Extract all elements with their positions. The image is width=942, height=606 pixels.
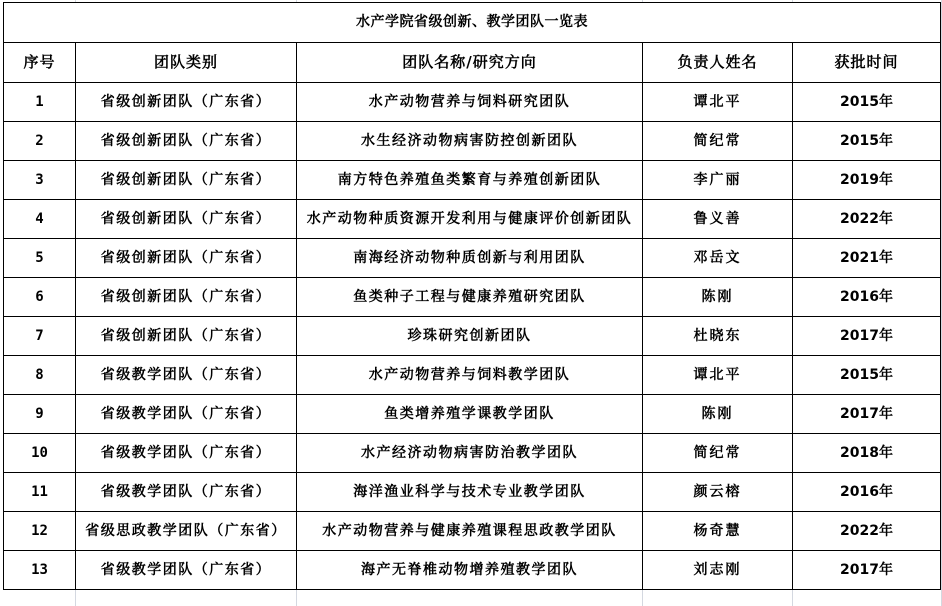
cell-approval-year[interactable]: 2015年	[793, 83, 941, 122]
cell-leader[interactable]: 颜云榕	[643, 473, 793, 512]
table-row: 2省级创新团队（广东省）水生经济动物病害防控创新团队简纪常2015年	[4, 122, 941, 161]
table-row: 8省级教学团队（广东省）水产动物营养与饲料教学团队谭北平2015年	[4, 356, 941, 395]
cell-approval-year[interactable]: 2017年	[793, 317, 941, 356]
cell-team-type[interactable]: 省级创新团队（广东省）	[76, 161, 297, 200]
cell-leader[interactable]: 陈刚	[643, 395, 793, 434]
cell-team-name[interactable]: 海洋渔业科学与技术专业教学团队	[297, 473, 643, 512]
cell-team-type[interactable]: 省级创新团队（广东省）	[76, 239, 297, 278]
cell-team-name[interactable]: 鱼类增养殖学课教学团队	[297, 395, 643, 434]
cell-approval-year[interactable]: 2018年	[793, 434, 941, 473]
header-leader[interactable]: 负责人姓名	[643, 43, 793, 83]
cell-approval-year[interactable]: 2021年	[793, 239, 941, 278]
table-row: 9省级教学团队（广东省）鱼类增养殖学课教学团队陈刚2017年	[4, 395, 941, 434]
cell-approval-year[interactable]: 2017年	[793, 551, 941, 590]
cell-approval-year[interactable]: 2019年	[793, 161, 941, 200]
cell-team-name[interactable]: 鱼类种子工程与健康养殖研究团队	[297, 278, 643, 317]
cell-team-type[interactable]: 省级教学团队（广东省）	[76, 473, 297, 512]
cell-index[interactable]: 2	[4, 122, 76, 161]
cell-leader[interactable]: 邓岳文	[643, 239, 793, 278]
cell-team-name[interactable]: 水产动物种质资源开发利用与健康评价创新团队	[297, 200, 643, 239]
cell-index[interactable]: 3	[4, 161, 76, 200]
cell-approval-year[interactable]: 2022年	[793, 200, 941, 239]
cell-team-type[interactable]: 省级教学团队（广东省）	[76, 434, 297, 473]
team-list-table: 水产学院省级创新、教学团队一览表 序号 团队类别 团队名称/研究方向 负责人姓名…	[3, 2, 941, 590]
table-title[interactable]: 水产学院省级创新、教学团队一览表	[4, 3, 941, 43]
cell-index[interactable]: 1	[4, 83, 76, 122]
header-name[interactable]: 团队名称/研究方向	[297, 43, 643, 83]
table-row: 10省级教学团队（广东省）水产经济动物病害防治教学团队简纪常2018年	[4, 434, 941, 473]
title-row: 水产学院省级创新、教学团队一览表	[4, 3, 941, 43]
table-row: 6省级创新团队（广东省）鱼类种子工程与健康养殖研究团队陈刚2016年	[4, 278, 941, 317]
cell-team-name[interactable]: 珍珠研究创新团队	[297, 317, 643, 356]
table-row: 1省级创新团队（广东省）水产动物营养与饲料研究团队谭北平2015年	[4, 83, 941, 122]
cell-approval-year[interactable]: 2016年	[793, 473, 941, 512]
cell-team-type[interactable]: 省级教学团队（广东省）	[76, 395, 297, 434]
header-type[interactable]: 团队类别	[76, 43, 297, 83]
cell-leader[interactable]: 鲁义善	[643, 200, 793, 239]
cell-approval-year[interactable]: 2015年	[793, 356, 941, 395]
cell-leader[interactable]: 谭北平	[643, 356, 793, 395]
cell-team-type[interactable]: 省级创新团队（广东省）	[76, 200, 297, 239]
cell-index[interactable]: 8	[4, 356, 76, 395]
cell-team-type[interactable]: 省级创新团队（广东省）	[76, 278, 297, 317]
cell-team-name[interactable]: 南方特色养殖鱼类繁育与养殖创新团队	[297, 161, 643, 200]
cell-leader[interactable]: 李广丽	[643, 161, 793, 200]
cell-index[interactable]: 13	[4, 551, 76, 590]
cell-index[interactable]: 10	[4, 434, 76, 473]
table-row: 3省级创新团队（广东省）南方特色养殖鱼类繁育与养殖创新团队李广丽2019年	[4, 161, 941, 200]
cell-team-name[interactable]: 海产无脊椎动物增养殖教学团队	[297, 551, 643, 590]
cell-team-name[interactable]: 水生经济动物病害防控创新团队	[297, 122, 643, 161]
cell-team-type[interactable]: 省级思政教学团队（广东省）	[76, 512, 297, 551]
cell-index[interactable]: 9	[4, 395, 76, 434]
table-row: 12省级思政教学团队（广东省）水产动物营养与健康养殖课程思政教学团队杨奇慧202…	[4, 512, 941, 551]
cell-approval-year[interactable]: 2022年	[793, 512, 941, 551]
cell-team-type[interactable]: 省级教学团队（广东省）	[76, 356, 297, 395]
header-index[interactable]: 序号	[4, 43, 76, 83]
cell-index[interactable]: 12	[4, 512, 76, 551]
table-row: 13省级教学团队（广东省）海产无脊椎动物增养殖教学团队刘志刚2017年	[4, 551, 941, 590]
cell-index[interactable]: 11	[4, 473, 76, 512]
cell-team-type[interactable]: 省级教学团队（广东省）	[76, 551, 297, 590]
cell-leader[interactable]: 简纪常	[643, 122, 793, 161]
table-row: 5省级创新团队（广东省）南海经济动物种质创新与利用团队邓岳文2021年	[4, 239, 941, 278]
cell-index[interactable]: 6	[4, 278, 76, 317]
cell-leader[interactable]: 陈刚	[643, 278, 793, 317]
cell-team-type[interactable]: 省级创新团队（广东省）	[76, 83, 297, 122]
cell-leader[interactable]: 杨奇慧	[643, 512, 793, 551]
cell-team-name[interactable]: 水产动物营养与饲料研究团队	[297, 83, 643, 122]
cell-leader[interactable]: 简纪常	[643, 434, 793, 473]
header-row: 序号 团队类别 团队名称/研究方向 负责人姓名 获批时间	[4, 43, 941, 83]
cell-leader[interactable]: 杜晓东	[643, 317, 793, 356]
table-row: 4省级创新团队（广东省）水产动物种质资源开发利用与健康评价创新团队鲁义善2022…	[4, 200, 941, 239]
cell-team-name[interactable]: 南海经济动物种质创新与利用团队	[297, 239, 643, 278]
cell-approval-year[interactable]: 2016年	[793, 278, 941, 317]
cell-team-name[interactable]: 水产动物营养与健康养殖课程思政教学团队	[297, 512, 643, 551]
cell-team-name[interactable]: 水产动物营养与饲料教学团队	[297, 356, 643, 395]
table-row: 7省级创新团队（广东省）珍珠研究创新团队杜晓东2017年	[4, 317, 941, 356]
cell-approval-year[interactable]: 2015年	[793, 122, 941, 161]
cell-approval-year[interactable]: 2017年	[793, 395, 941, 434]
cell-team-type[interactable]: 省级创新团队（广东省）	[76, 122, 297, 161]
cell-leader[interactable]: 谭北平	[643, 83, 793, 122]
cell-index[interactable]: 7	[4, 317, 76, 356]
header-year[interactable]: 获批时间	[793, 43, 941, 83]
cell-team-type[interactable]: 省级创新团队（广东省）	[76, 317, 297, 356]
cell-index[interactable]: 4	[4, 200, 76, 239]
cell-leader[interactable]: 刘志刚	[643, 551, 793, 590]
cell-index[interactable]: 5	[4, 239, 76, 278]
table-row: 11省级教学团队（广东省）海洋渔业科学与技术专业教学团队颜云榕2016年	[4, 473, 941, 512]
cell-team-name[interactable]: 水产经济动物病害防治教学团队	[297, 434, 643, 473]
